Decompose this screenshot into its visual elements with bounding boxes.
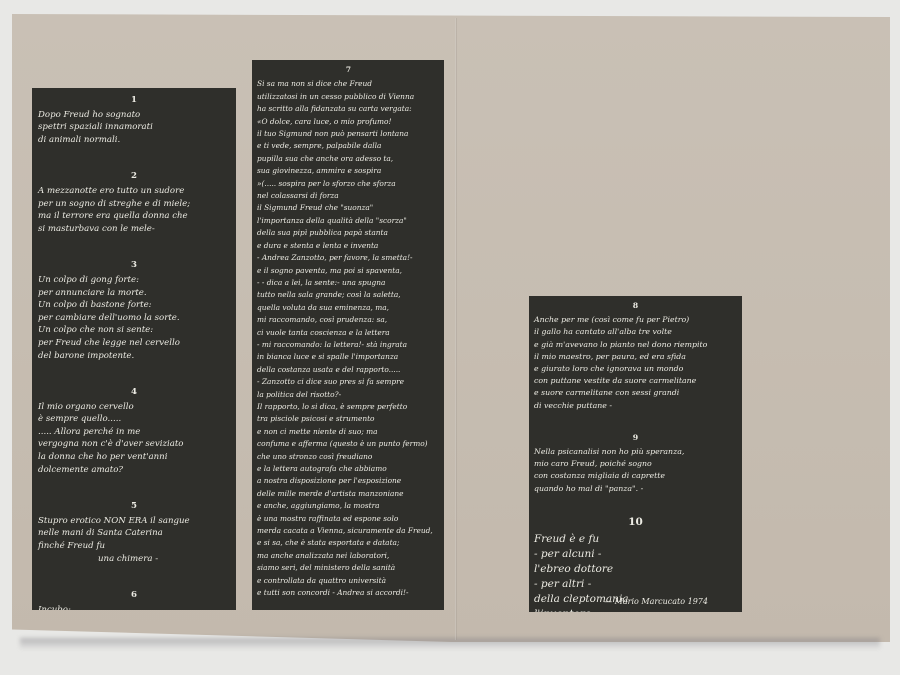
poem-line: per annunciare la morte.: [38, 287, 230, 300]
poem-line: è sempre quello.....: [38, 413, 230, 426]
poem-number: 7: [257, 64, 440, 76]
poem-line: nelle mani di Santa Caterina: [38, 527, 230, 540]
poem-line: utilizzatosi in un cesso pubblico di Vie…: [257, 91, 440, 103]
poem-line: delle mille merde d'artista manzoniane: [257, 488, 440, 500]
poem-line: Un colpo che non si sente:: [38, 324, 230, 337]
poem-line: »(..... sospira per lo sforzo che sforza: [257, 178, 440, 190]
poem-line: - mi raccomando: la lettera!- stà ingrat…: [257, 339, 440, 351]
poem-line: A mezzanotte ero tutto un sudore: [38, 185, 230, 198]
poem-line: per cambiare dell'uomo la sorte.: [38, 312, 230, 325]
poem-line: Il rapporto, lo si dica, è sempre perfet…: [257, 401, 440, 413]
poem-line: e dura e stenta e lenta e inventa: [257, 240, 440, 252]
poem-line: Incubo:: [38, 604, 230, 610]
poem-line: e tutti son concordi - Andrea si accordi…: [257, 587, 440, 599]
poem-number: 9: [534, 432, 737, 444]
poem-line: l'importanza della qualità della "scorza…: [257, 215, 440, 227]
poem-line: della costanza usata e del rapporto.....: [257, 364, 440, 376]
poem-line: spettri spaziali innamorati: [38, 121, 230, 134]
poem-number: 6: [38, 589, 230, 602]
poem-line: e controllata da quattro università: [257, 575, 440, 587]
poem-line: Un colpo di bastone forte:: [38, 299, 230, 312]
poem-line: dolcemente amato?: [38, 464, 230, 477]
poem-line: «O dolce, cara luce, o mio profumo!: [257, 116, 440, 128]
poem-line: Il mio organo cervello: [38, 401, 230, 414]
poem-7: 7 Si sa ma non si dice che Freudutilizza…: [257, 64, 440, 599]
left-poem-panel: 1 Dopo Freud ho sognato spettri spaziali…: [32, 88, 236, 610]
poem-8: 8 Anche per me (così come fu per Pietro)…: [534, 300, 737, 412]
poem-line: e non ci mette niente di suo; ma: [257, 426, 440, 438]
poem-line: il Sigmund Freud che "suonza": [257, 202, 440, 214]
poem-line: di vecchie puttane -: [534, 400, 737, 412]
poem-line: Si sa ma non si dice che Freud: [257, 78, 440, 90]
poem-line: - per alcuni -: [534, 547, 737, 562]
poem-3: 3 Un colpo di gong forte: per annunciare…: [38, 259, 230, 362]
poem-line: mio caro Freud, poiché sogno: [534, 458, 737, 470]
poem-line: sua giovinezza, ammira e sospira: [257, 165, 440, 177]
poem-line: quando ho mal di "panza". -: [534, 483, 737, 495]
poem-line: Stupro erotico NON ERA il sangue: [38, 515, 230, 528]
poem-line: vergogna non c'è d'aver seviziato: [38, 438, 230, 451]
poem-line: e suore carmelitane con sessi grandi: [534, 387, 737, 399]
poem-line: ma il terrore era quella donna che: [38, 210, 230, 223]
poem-line: ..... Allora perché in me: [38, 426, 230, 439]
poem-7-lines: Si sa ma non si dice che Freudutilizzato…: [257, 78, 440, 599]
poem-line: e anche, aggiungiamo, la mostra: [257, 500, 440, 512]
poem-6: 6 Incubo: i cadaveri camminano..... Psic…: [38, 589, 230, 610]
poem-line: - Andrea Zanzotto, per favore, la smetta…: [257, 252, 440, 264]
poem-5: 5 Stupro erotico NON ERA il sangue nelle…: [38, 500, 230, 565]
poem-number: 8: [534, 300, 737, 312]
poem-line: del barone impotente.: [38, 350, 230, 363]
poem-line: Un colpo di gong forte:: [38, 274, 230, 287]
poem-line: per un sogno di streghe e di miele;: [38, 198, 230, 211]
poem-line: di animali normali.: [38, 134, 230, 147]
poem-line: per Freud che legge nel cervello: [38, 337, 230, 350]
poem-line: Freud è e fu: [534, 532, 737, 547]
poem-line: tutto nella sala grande; così la saletta…: [257, 289, 440, 301]
poem-line: il gallo ha cantato all'alba tre volte: [534, 326, 737, 338]
poem-line: pupilla sua che anche ora adesso ta,: [257, 153, 440, 165]
poem-line: con costanza migliaia di caprette: [534, 470, 737, 482]
middle-poem-panel: 7 Si sa ma non si dice che Freudutilizza…: [252, 60, 444, 610]
poem-line: - Zanzotto ci dice suo pres si fa sempre: [257, 376, 440, 388]
poem-line: e giurato loro che ignorava un mondo: [534, 363, 737, 375]
poem-line: una chimera -: [38, 553, 230, 566]
poem-number: 1: [38, 94, 230, 107]
poem-line: ma anche analizzata nei laboratori,: [257, 550, 440, 562]
poem-line: tra pisciole psicosi e strumento: [257, 413, 440, 425]
poem-1: 1 Dopo Freud ho sognato spettri spaziali…: [38, 94, 230, 146]
poem-line: è una mostra raffinata ed espone solo: [257, 513, 440, 525]
poem-number: 2: [38, 170, 230, 183]
poem-line: - per altri -: [534, 577, 737, 592]
poem-line: confuma e afferma (questo è un punto fer…: [257, 438, 440, 450]
author-signature: — Mario Marcucato 1974: [604, 596, 708, 608]
poem-4: 4 Il mio organo cervello è sempre quello…: [38, 386, 230, 476]
poem-line: e la lettera autografa che abbiamo: [257, 463, 440, 475]
poem-line: finché Freud fu: [38, 540, 230, 553]
poem-line: Dopo Freud ho sognato: [38, 109, 230, 122]
poem-line: Nella psicanalisi non ho più speranza,: [534, 446, 737, 458]
poem-line: merda cacata a Vienna, sicuramente da Fr…: [257, 525, 440, 537]
poem-line: - - dica a lei, la sente:- una spugna: [257, 277, 440, 289]
poem-line: nel colassarsi di forza: [257, 190, 440, 202]
poem-line: che uno stronzo così freudiano: [257, 451, 440, 463]
poem-line: a nostra disposizione per l'esposizione: [257, 475, 440, 487]
poem-line: e il sogno paventa, ma poi si spaventa,: [257, 265, 440, 277]
poem-line: quella voluta da sua eminenza, ma,: [257, 302, 440, 314]
poem-line: ha scritto alla fidanzata su carta verga…: [257, 103, 440, 115]
poem-2: 2 A mezzanotte ero tutto un sudore per u…: [38, 170, 230, 235]
poem-9: 9 Nella psicanalisi non ho più speranza,…: [534, 432, 737, 495]
poem-line: l'ebreo dottore: [534, 562, 737, 577]
poem-line: ci vuole tanta coscienza e la lettera: [257, 327, 440, 339]
poem-line: e si sa, che è stata esportata e datata;: [257, 537, 440, 549]
poem-line: la politica del risotto?-: [257, 389, 440, 401]
poem-number: 3: [38, 259, 230, 272]
center-fold-line: [455, 18, 457, 640]
poem-number: 4: [38, 386, 230, 399]
poem-line: Anche per me (così come fu per Pietro): [534, 314, 737, 326]
right-poem-panel: 8 Anche per me (così come fu per Pietro)…: [529, 296, 742, 612]
poem-line: e ti vede, sempre, palpabile dalla: [257, 140, 440, 152]
poem-number: 10: [534, 515, 737, 530]
poem-number: 5: [38, 500, 230, 513]
poem-line: il tuo Sigmund non può pensarti lontana: [257, 128, 440, 140]
poem-line: il mio maestro, per paura, ed era sfida: [534, 351, 737, 363]
poem-line: la donna che ho per vent'anni: [38, 451, 230, 464]
poem-line: della sua pipì pubblica papà stanta: [257, 227, 440, 239]
poem-line: mi raccomando, così prudenza: sa,: [257, 314, 440, 326]
sheet-shadow: [20, 638, 880, 650]
poem-line: in bianca luce e si spalle l'importanza: [257, 351, 440, 363]
poem-line: si masturbava con le mele-: [38, 223, 230, 236]
poem-line: e già m'avevano lo pianto nel dono riemp…: [534, 339, 737, 351]
poem-line: con puttane vestite da suore carmelitane: [534, 375, 737, 387]
poem-line: siamo seri, del ministero della sanità: [257, 562, 440, 574]
